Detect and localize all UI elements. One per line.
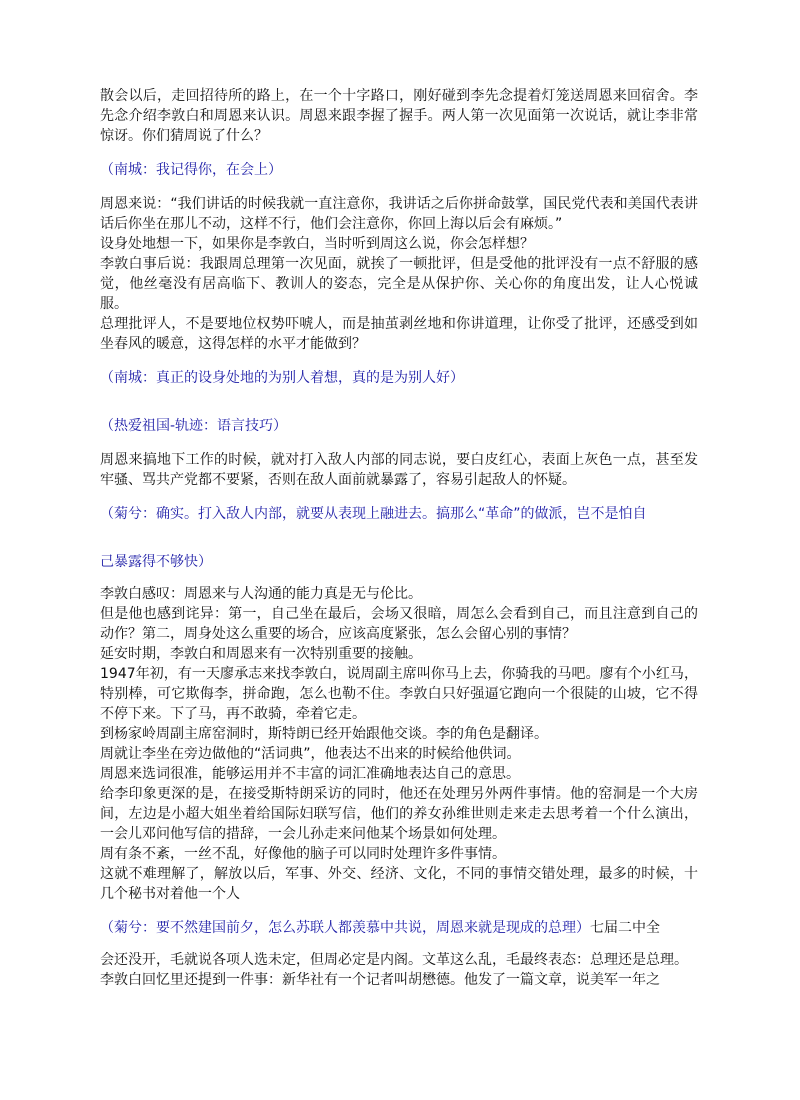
paragraph: 给李印象更深的是，在接受斯特朗采访的同时，他还在处理另外两件事情。他的窑洞是一个… [100,784,698,844]
annotation-comment: （南城：真正的设身处地的为别人着想，真的是为别人好） [100,368,698,388]
paragraph: 到杨家岭周副主席窑洞时，斯特朗已经开始跟他交谈。李的角色是翻译。 [100,724,698,744]
document-page: 散会以后，走回招待所的路上，在一个十字路口，刚好碰到李先念提着灯笼送周恩来回宿舍… [100,86,698,990]
paragraph-text: 七届二中全 [590,920,660,936]
annotation-comment: （南城：我记得你，在会上） [100,160,698,180]
paragraph: 1947年初，有一天廖承志来找李敦白，说周副主席叫你马上去，你骑我的马吧。廖有个… [100,664,698,724]
mixed-paragraph: （菊兮：要不然建国前夕，怎么苏联人都羡慕中共说，周恩来就是现成的总理）七届二中全 [100,918,698,938]
paragraph: 周恩来搞地下工作的时候，就对打入敌人内部的同志说，要白皮红心，表面上灰色一点，甚… [100,450,698,490]
paragraph: 李敦白回忆里还提到一件事：新华社有一个记者叫胡懋德。他发了一篇文章，说美军一年之 [100,970,698,990]
annotation-comment: （菊兮：确实。打入敌人内部，就要从表现上融进去。搞那么“革命”的做派，岂不是怕自 [100,504,698,524]
paragraph: 设身处地想一下，如果你是李敦白，当时听到周这么说，你会怎样想？ [100,234,698,254]
paragraph: 总理批评人，不是要地位权势吓唬人，而是抽茧剥丝地和你讲道理，让你受了批评，还感受… [100,314,698,354]
paragraph: 这就不难理解了，解放以后，军事、外交、经济、文化，不同的事情交错处理，最多的时候… [100,864,698,904]
paragraph: 散会以后，走回招待所的路上，在一个十字路口，刚好碰到李先念提着灯笼送周恩来回宿舍… [100,86,698,146]
annotation-comment: （热爱祖国-轨迹：语言技巧） [100,416,698,436]
paragraph: 延安时期，李敦白和周恩来有一次特别重要的接触。 [100,644,698,664]
paragraph: 但是他也感到诧异：第一，自己坐在最后，会场又很暗，周怎么会看到自己，而且注意到自… [100,604,698,644]
paragraph: 李敦白事后说：我跟周总理第一次见面，就挨了一顿批评，但是受他的批评没有一点不舒服… [100,254,698,314]
paragraph: 周有条不紊，一丝不乱，好像他的脑子可以同时处理许多件事情。 [100,844,698,864]
annotation-comment-continued: 己暴露得不够快） [100,552,698,572]
paragraph: 周恩来选词很准，能够运用并不丰富的词汇准确地表达自己的意思。 [100,764,698,784]
paragraph: 周恩来说：“我们讲话的时候我就一直注意你，我讲话之后你拼命鼓掌，国民党代表和美国… [100,194,698,234]
annotation-comment: （菊兮：要不然建国前夕，怎么苏联人都羡慕中共说，周恩来就是现成的总理） [100,920,590,936]
paragraph: 李敦白感叹：周恩来与人沟通的能力真是无与伦比。 [100,584,698,604]
paragraph: 周就让李坐在旁边做他的“活词典”，他表达不出来的时候给他供词。 [100,744,698,764]
paragraph: 会还没开，毛就说各项人选未定，但周必定是内阁。文革这么乱，毛最终表态：总理还是总… [100,950,698,970]
